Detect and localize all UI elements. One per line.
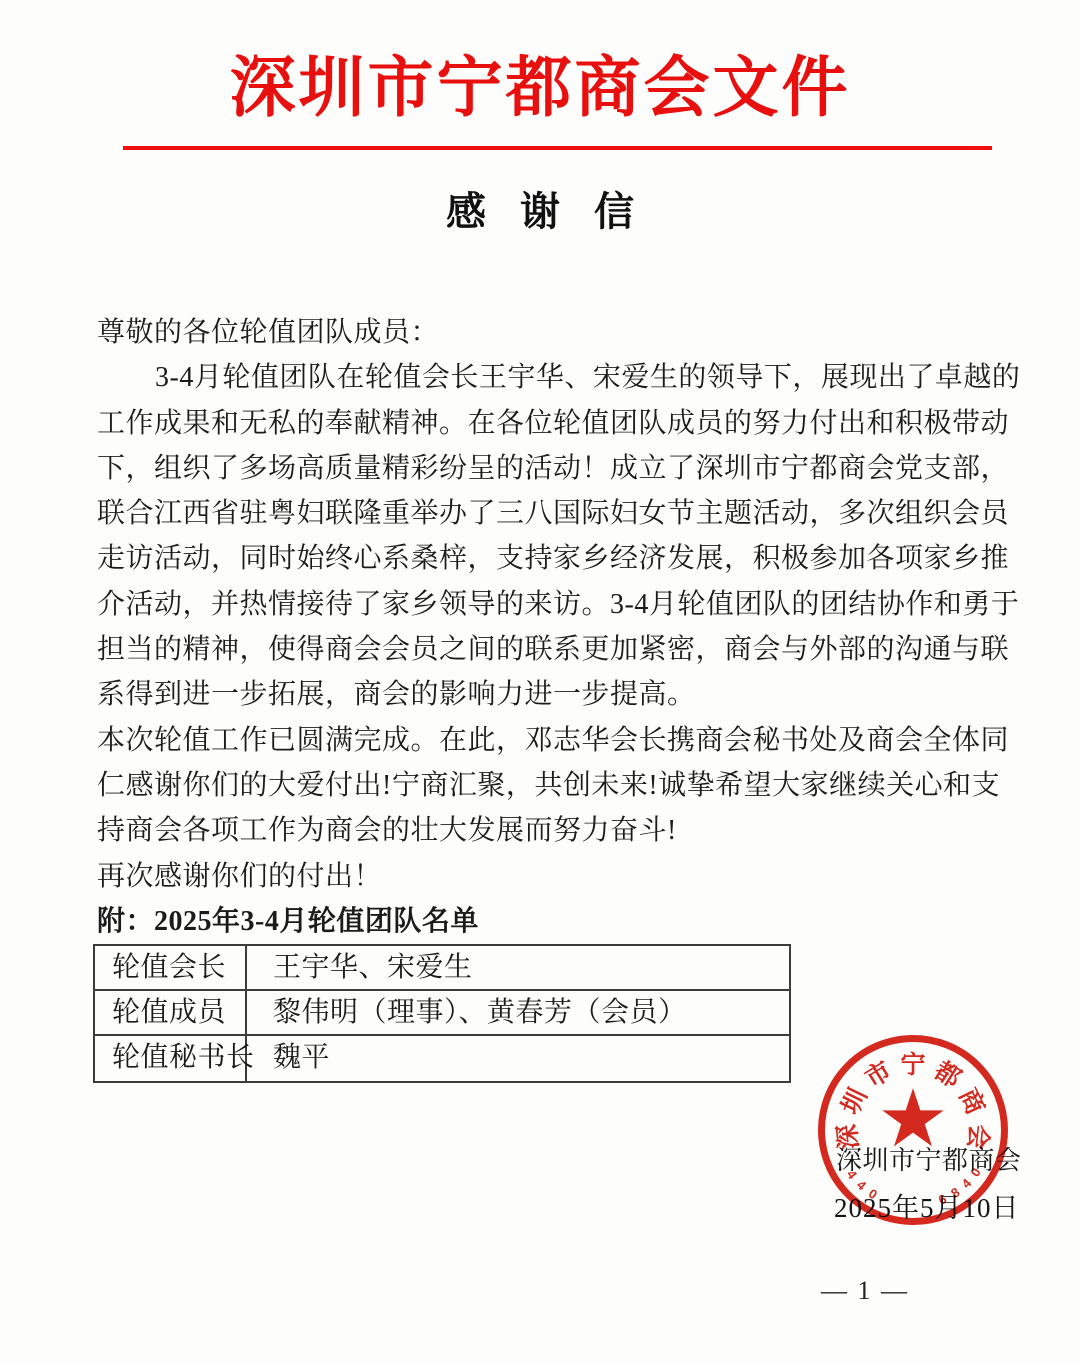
table-cell-role: 轮值秘书长 bbox=[95, 1036, 247, 1081]
body-line: 再次感谢你们的付出！ bbox=[97, 854, 997, 899]
body-line: 附：2025年3-4月轮值团队名单 bbox=[97, 899, 997, 944]
table-cell-role: 轮值成员 bbox=[95, 991, 247, 1034]
body-line: 系得到进一步拓展，商会的影响力进一步提高。 bbox=[97, 672, 997, 717]
seal-arc-char: 深 bbox=[834, 1121, 865, 1152]
body-line: 3-4月轮值团队在轮值会长王宇华、宋爱生的领导下，展现出了卓越的 bbox=[97, 355, 997, 400]
seal-star-icon: ★ bbox=[825, 1064, 1001, 1174]
page-number: — 1 — bbox=[765, 1276, 965, 1306]
body-line: 本次轮值工作已圆满完成。在此，邓志华会长携商会秘书处及商会全体同 bbox=[97, 718, 997, 763]
body-text: 尊敬的各位轮值团队成员：3-4月轮值团队在轮值会长王宇华、宋爱生的领导下，展现出… bbox=[97, 310, 997, 944]
table-row: 轮值成员黎伟明（理事）、黄春芳（会员） bbox=[95, 991, 789, 1036]
letter-title: 感 谢 信 bbox=[0, 186, 1080, 238]
table-cell-names: 黎伟明（理事）、黄春芳（会员） bbox=[247, 991, 789, 1034]
table-cell-role: 轮值会长 bbox=[95, 946, 247, 989]
body-line: 介活动，并热情接待了家乡领导的来访。3-4月轮值团队的团结协作和勇于 bbox=[97, 582, 997, 627]
seal-arc-char: 会 bbox=[961, 1121, 992, 1152]
body-line: 工作成果和无私的奉献精神。在各位轮值团队成员的努力付出和积极带动 bbox=[97, 401, 997, 446]
official-seal: ★ 深圳市宁都商会 4406840 bbox=[818, 1035, 1008, 1225]
body-line: 走访活动，同时始终心系桑梓，支持家乡经济发展，积极参加各项家乡推 bbox=[97, 536, 997, 581]
document-page: 深圳市宁都商会文件 感 谢 信 尊敬的各位轮值团队成员：3-4月轮值团队在轮值会… bbox=[0, 0, 1080, 1364]
body-line: 担当的精神，使得商会会员之间的联系更加紧密，商会与外部的沟通与联 bbox=[97, 627, 997, 672]
table-row: 轮值会长王宇华、宋爱生 bbox=[95, 946, 789, 991]
red-divider-rule bbox=[123, 146, 992, 150]
body-line: 持商会各项工作为商会的壮大发展而努力奋斗! bbox=[97, 808, 997, 853]
table-cell-names: 王宇华、宋爱生 bbox=[247, 946, 789, 989]
body-line: 仁感谢你们的大爱付出!宁商汇聚，共创未来!诚挚希望大家继续关心和支 bbox=[97, 763, 997, 808]
table-row: 轮值秘书长魏平 bbox=[95, 1036, 789, 1081]
body-line: 联合江西省驻粤妇联隆重举办了三八国际妇女节主题活动，多次组织会员 bbox=[97, 491, 997, 536]
seal-arc-char: 宁 bbox=[899, 1052, 927, 1080]
duty-table: 轮值会长王宇华、宋爱生轮值成员黎伟明（理事）、黄春芳（会员）轮值秘书长魏平 bbox=[93, 944, 791, 1083]
body-line: 尊敬的各位轮值团队成员： bbox=[97, 310, 997, 355]
org-title: 深圳市宁都商会文件 bbox=[0, 46, 1080, 132]
body-line: 下，组织了多场高质量精彩纷呈的活动！成立了深圳市宁都商会党支部， bbox=[97, 446, 997, 491]
table-cell-names: 魏平 bbox=[247, 1036, 789, 1081]
